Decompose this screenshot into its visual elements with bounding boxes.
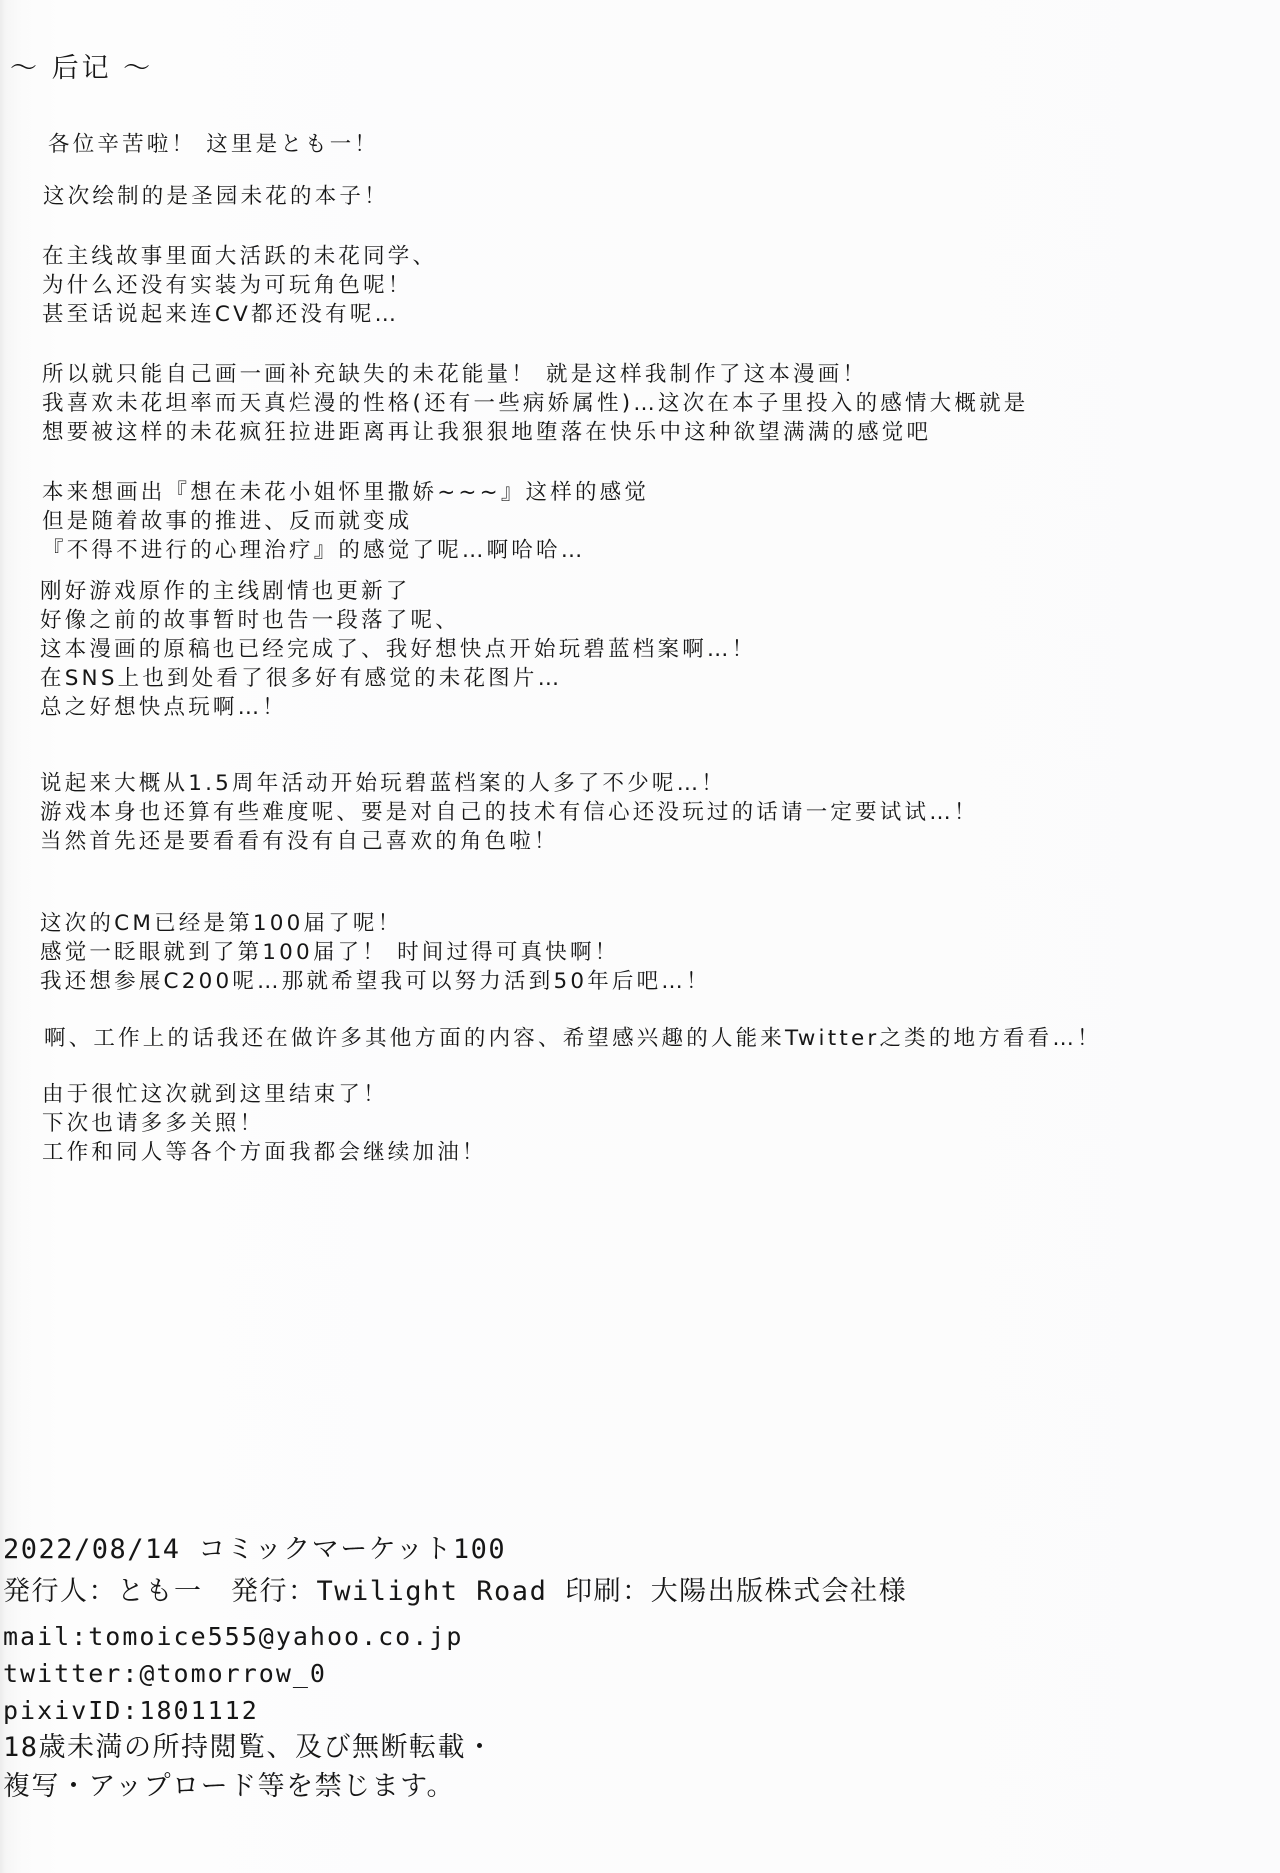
body-line: 各位辛苦啦！ 这里是とも一！ — [48, 131, 379, 159]
contact-mail: mail:tomoice555@yahoo.co.jp — [3, 1620, 463, 1654]
body-line: 甚至话说起来连CV都还没有呢… — [42, 301, 399, 329]
body-line: 『不得不进行的心理治疗』的感觉了呢…啊哈哈… — [42, 537, 585, 565]
body-line: 想要被这样的未花疯狂拉进距离再让我狠狠地堕落在快乐中这种欲望满满的感觉吧 — [42, 419, 931, 447]
body-line: 工作和同人等各个方面我都会继续加油！ — [42, 1139, 487, 1167]
afterword-title: ～ 后记 ～ — [10, 52, 153, 86]
body-line: 这本漫画的原稿也已经完成了、我好想快点开始玩碧蓝档案啊…！ — [40, 636, 756, 664]
body-line: 在主线故事里面大活跃的未花同学、 — [42, 243, 437, 271]
body-line: 我还想参展C200呢…那就希望我可以努力活到50年后吧…！ — [40, 968, 711, 996]
body-line: 这次绘制的是圣园未花的本子！ — [43, 183, 389, 211]
contact-pixiv: pixivID:1801112 — [3, 1694, 259, 1728]
body-line: 我喜欢未花坦率而天真烂漫的性格(还有一些病娇属性)…这次在本子里投入的感情大概就… — [42, 390, 1028, 418]
body-line: 当然首先还是要看看有没有自己喜欢的角色啦！ — [40, 828, 559, 856]
contact-twitter: twitter:@tomorrow_0 — [3, 1657, 327, 1691]
scanned-page: ～ 后记 ～ 各位辛苦啦！ 这里是とも一！ 这次绘制的是圣园未花的本子！ 在主线… — [0, 0, 1280, 1873]
body-line: 说起来大概从1.5周年活动开始玩碧蓝档案的人多了不少呢…！ — [40, 770, 726, 798]
body-line: 本来想画出『想在未花小姐怀里撒娇~~~』这样的感觉 — [42, 479, 649, 507]
body-line: 总之好想快点玩啊…！ — [40, 694, 287, 722]
body-line: 在SNS上也到处看了很多好有感觉的未花图片… — [40, 665, 562, 693]
body-line: 刚好游戏原作的主线剧情也更新了 — [40, 578, 411, 606]
age-notice-line-1: 18歳未満の所持閲覧、及び無断転載・ — [3, 1731, 495, 1765]
age-notice-line-2: 複写・アップロード等を禁じます。 — [3, 1770, 455, 1804]
body-line: 为什么还没有实装为可玩角色呢！ — [42, 272, 413, 300]
body-line: 游戏本身也还算有些难度呢、要是对自己的技术有信心还没玩过的话请一定要试试…！ — [40, 799, 979, 827]
body-line: 感觉一眨眼就到了第100届了！ 时间过得可真快啊！ — [40, 939, 619, 967]
body-line: 下次也请多多关照！ — [42, 1110, 264, 1138]
event-date-line: 2022/08/14 コミックマーケット100 — [3, 1533, 506, 1567]
body-line: 这次的CM已经是第100届了呢！ — [40, 910, 402, 938]
body-line: 好像之前的故事暂时也告一段落了呢、 — [40, 607, 460, 635]
body-line: 啊、工作上的话我还在做许多其他方面的内容、希望感兴趣的人能来Twitter之类的… — [44, 1025, 1102, 1053]
body-line: 所以就只能自己画一画补充缺失的未花能量！ 就是这样我制作了这本漫画！ — [42, 361, 867, 389]
body-line: 由于很忙这次就到这里结束了！ — [42, 1081, 388, 1109]
body-line: 但是随着故事的推进、反而就变成 — [42, 508, 413, 536]
publisher-line: 発行人：とも一 発行：Twilight Road 印刷：大陽出版株式会社様 — [3, 1575, 907, 1609]
